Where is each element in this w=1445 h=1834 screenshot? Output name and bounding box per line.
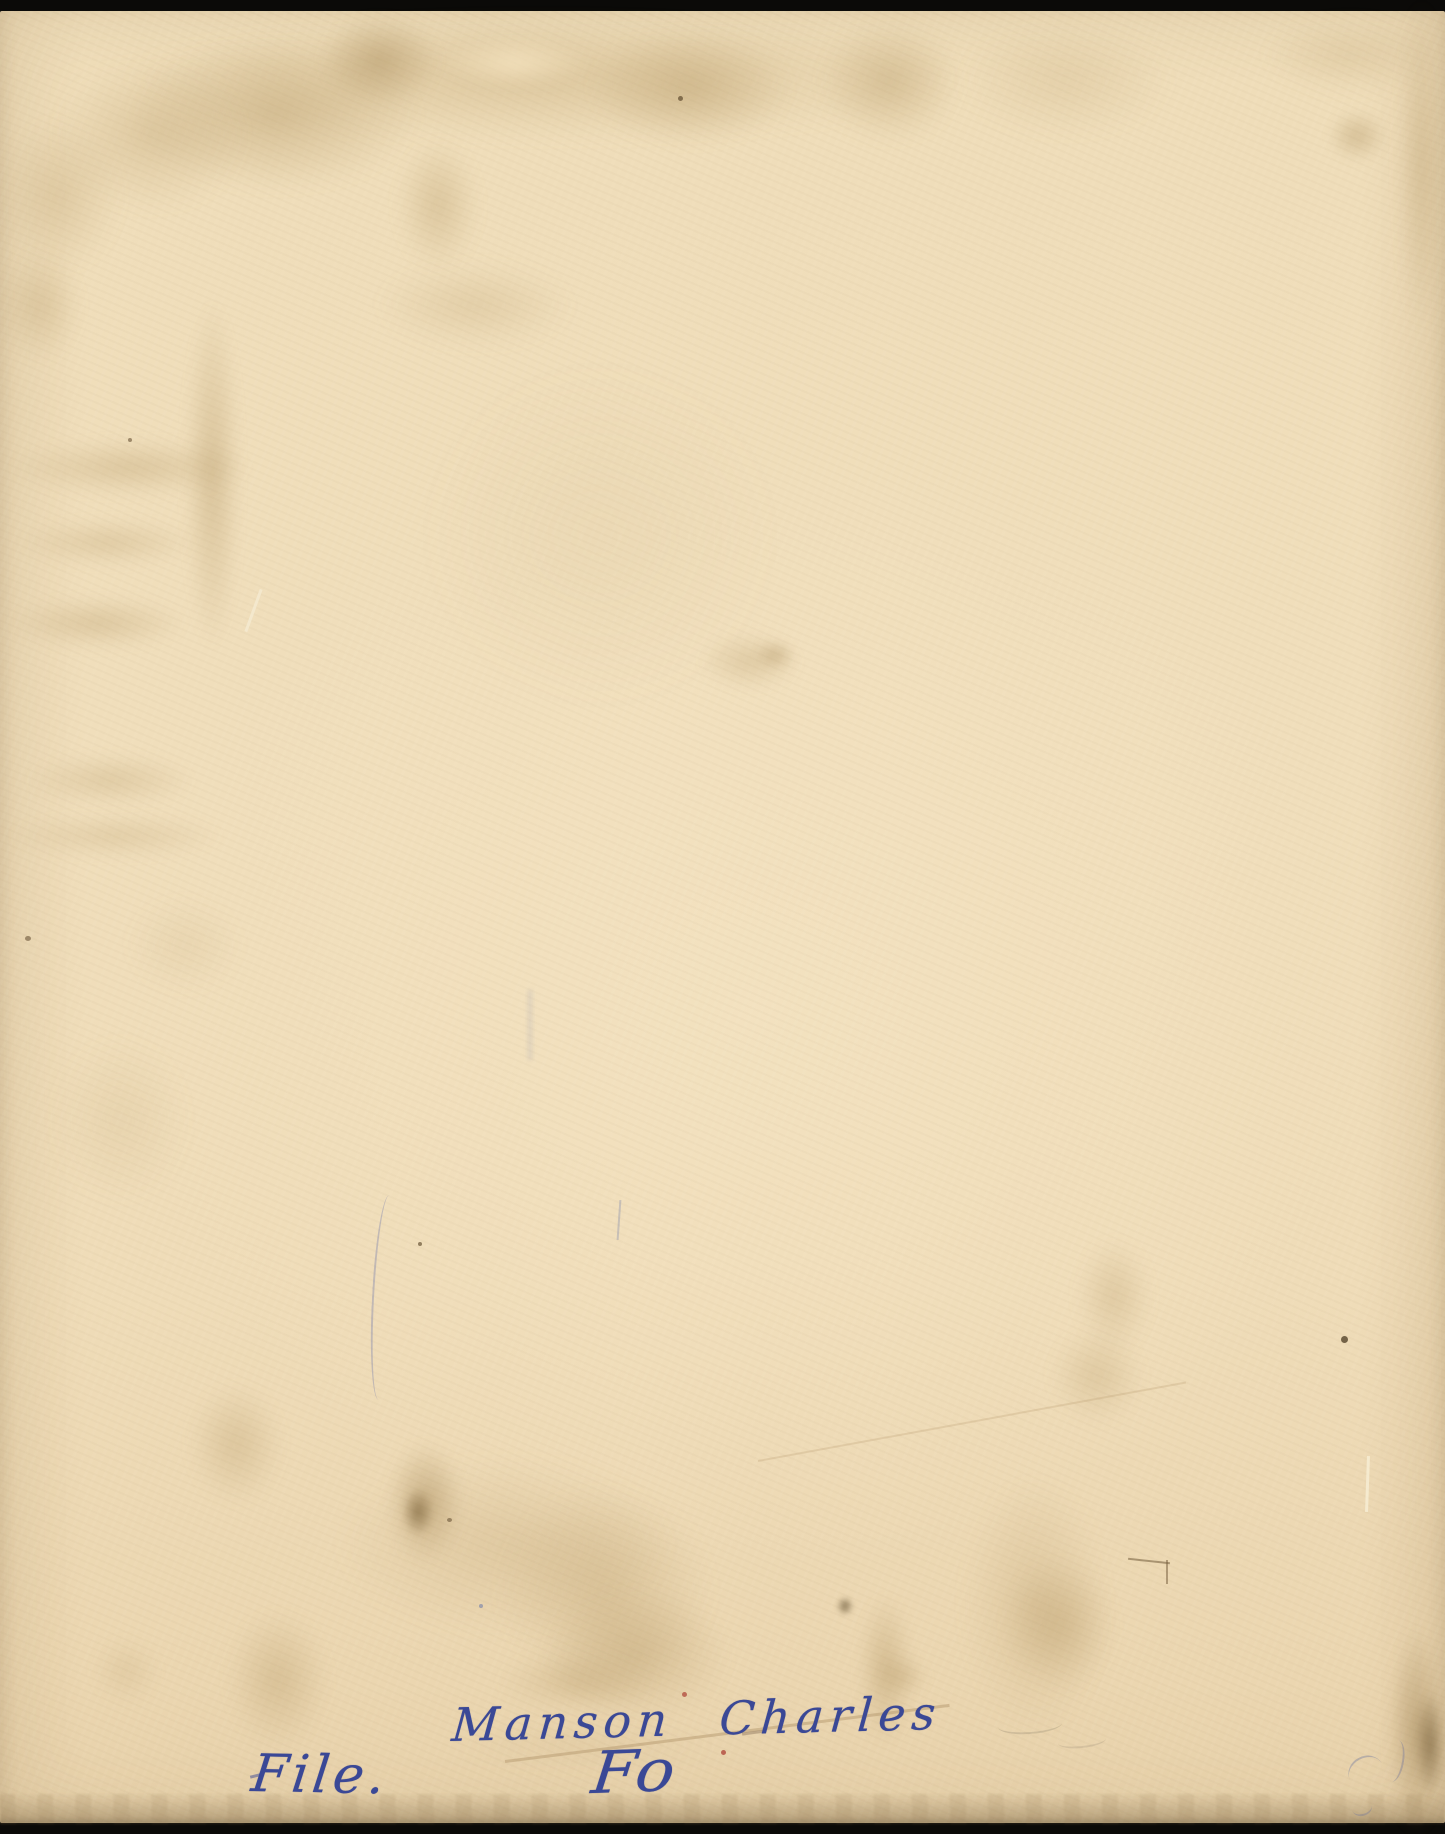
handwritten-name: Manson Charles (450, 1690, 943, 1748)
scan-backdrop: Manson Charles Fo File. (0, 0, 1445, 1834)
photo-paper (0, 11, 1445, 1823)
bottom-edge-scuff (0, 1794, 1445, 1824)
handwritten-file-note: File. (249, 1748, 392, 1802)
handwritten-initial: Fo (589, 1741, 680, 1802)
